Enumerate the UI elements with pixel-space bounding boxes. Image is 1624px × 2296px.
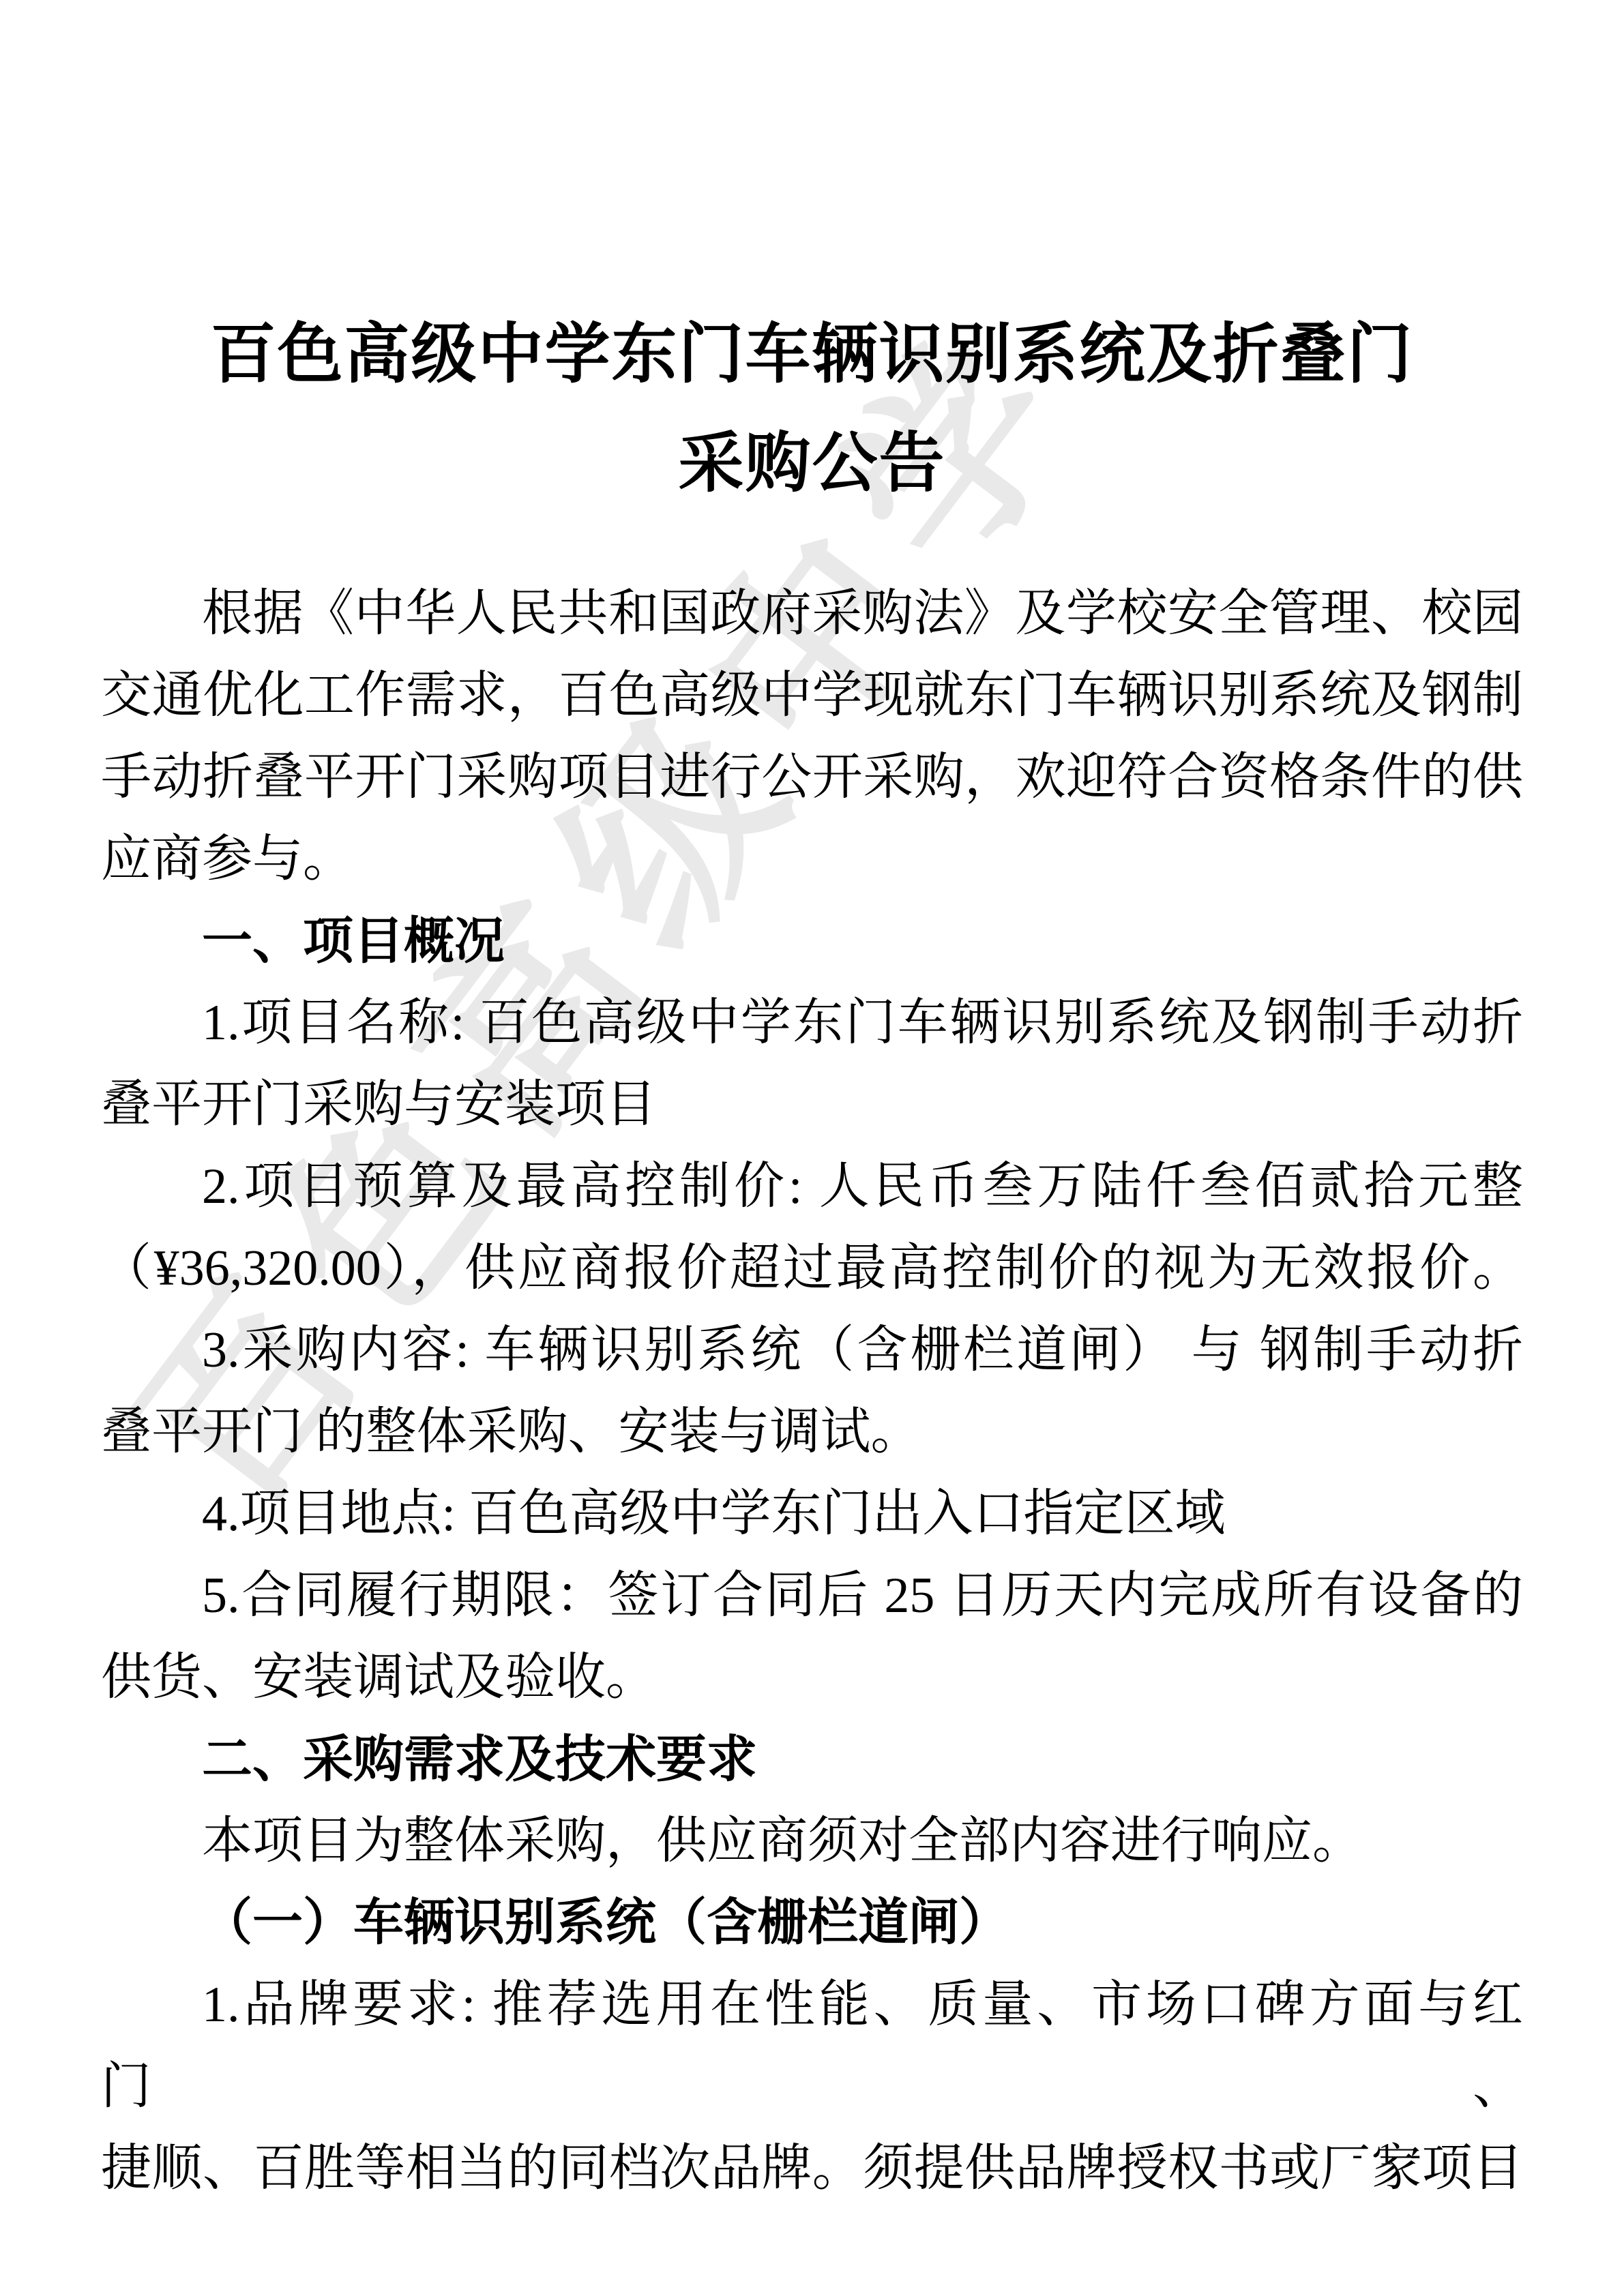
subsection-heading-vehicle-system: （一）车辆识别系统（含栅栏道闸） [101,1882,1523,1964]
section-heading-requirements: 二、采购需求及技术要求 [101,1718,1523,1800]
item-brand-requirement-line2: 捷顺、百胜等相当的同档次品牌。须提供品牌授权书或厂家项目 [101,2128,1523,2209]
page-title-line1: 百色高级中学东门车辆识别系统及折叠门 [101,300,1523,409]
paragraph-intro-line3: 手动折叠平开门采购项目进行公开采购，欢迎符合资格条件的供 [101,736,1523,818]
document-content: 百色高级中学东门车辆识别系统及折叠门 采购公告 根据《中华人民共和国政府采购法》… [0,0,1624,2209]
page-number: - 1 - [1352,2136,1425,2172]
item-contract-period-line1: 5.合同履行期限：签订合同后 25 日历天内完成所有设备的 [101,1555,1523,1637]
section-heading-overview: 一、项目概况 [101,900,1523,982]
item-project-name-line2: 叠平开门采购与安装项目 [101,1064,1523,1146]
document-page: 百色高级中学 百色高级中学东门车辆识别系统及折叠门 采购公告 根据《中华人民共和… [0,0,1624,2296]
document-title: 百色高级中学东门车辆识别系统及折叠门 采购公告 [101,0,1523,518]
paragraph-overall-response: 本项目为整体采购，供应商须对全部内容进行响应。 [101,1800,1523,1882]
item-contract-period-line2: 供货、安装调试及验收。 [101,1637,1523,1718]
item-procurement-content-line2: 叠平开门 的整体采购、安装与调试。 [101,1391,1523,1473]
item-budget-line2: （¥36,320.00），供应商报价超过最高控制价的视为无效报价。 [101,1227,1523,1309]
item-brand-requirement-line1: 1.品牌要求: 推荐选用在性能、质量、市场口碑方面与红门、 [101,1964,1523,2128]
paragraph-intro-line2: 交通优化工作需求，百色高级中学现就东门车辆识别系统及钢制 [101,655,1523,736]
document-body: 根据《中华人民共和国政府采购法》及学校安全管理、校园 交通优化工作需求，百色高级… [101,573,1523,2209]
item-project-name-line1: 1.项目名称: 百色高级中学东门车辆识别系统及钢制手动折 [101,982,1523,1064]
item-procurement-content-line1: 3.采购内容: 车辆识别系统（含栅栏道闸） 与 钢制手动折 [101,1309,1523,1391]
paragraph-intro-line1: 根据《中华人民共和国政府采购法》及学校安全管理、校园 [101,573,1523,655]
paragraph-intro-line4: 应商参与。 [101,818,1523,900]
page-title-line2: 采购公告 [101,409,1523,518]
item-budget-line1: 2.项目预算及最高控制价: 人民币叁万陆仟叁佰贰拾元整 [101,1146,1523,1227]
item-project-location: 4.项目地点: 百色高级中学东门出入口指定区域 [101,1473,1523,1555]
